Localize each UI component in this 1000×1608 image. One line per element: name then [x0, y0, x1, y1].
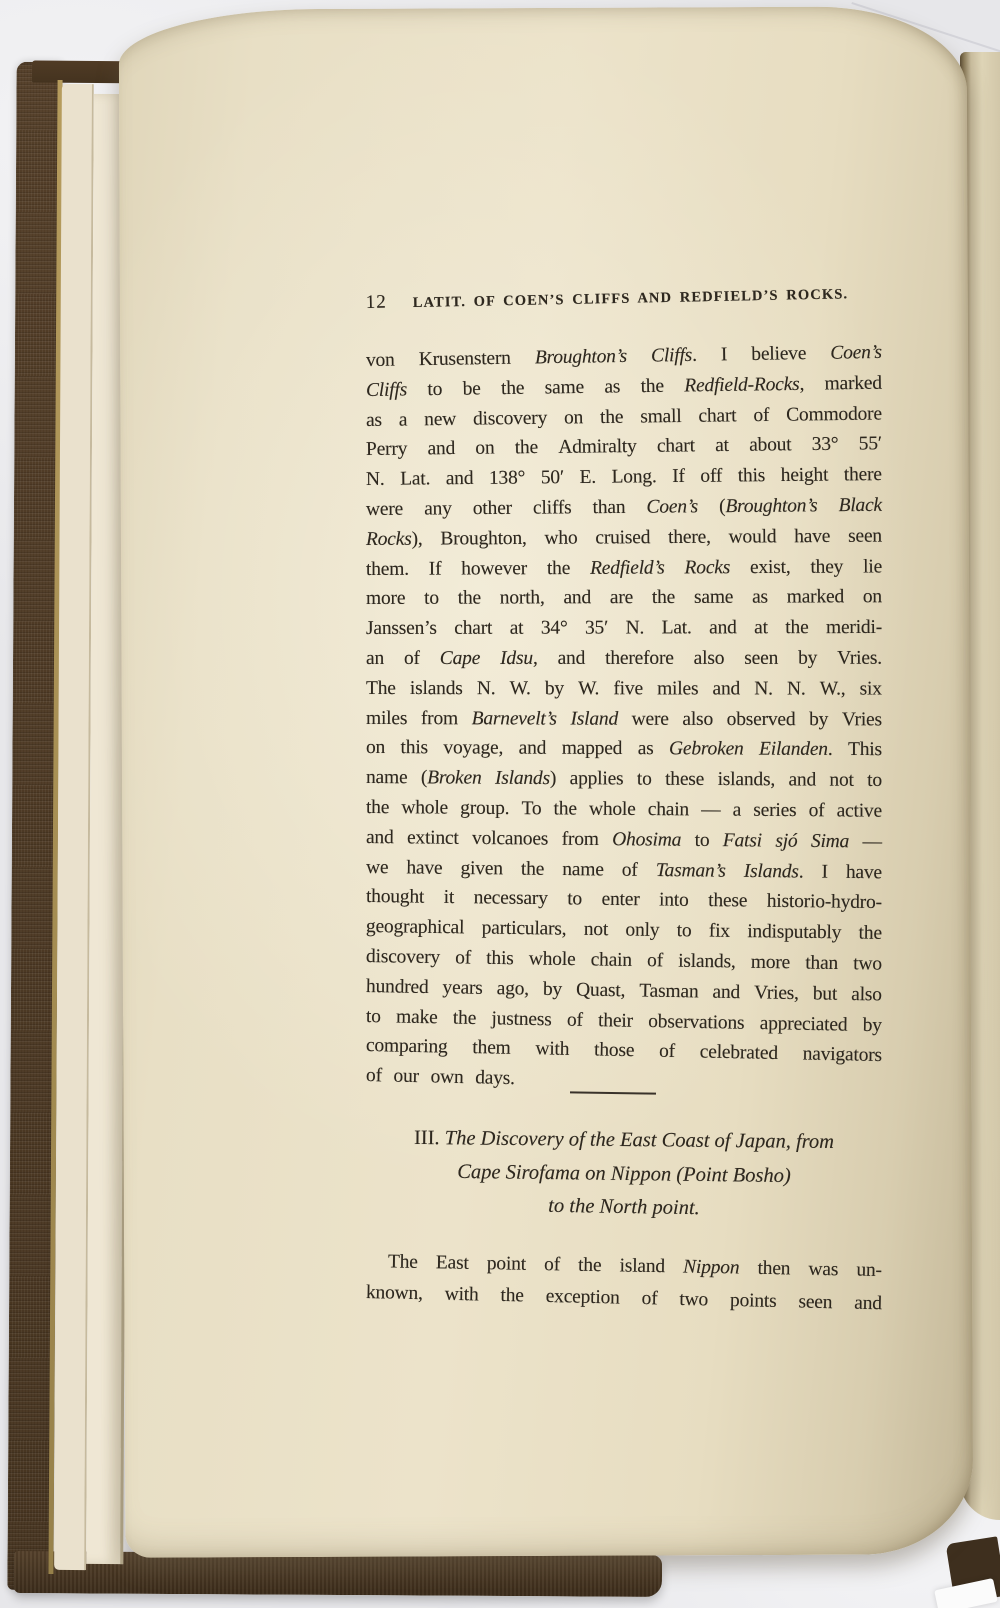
body-text-line: anofCapeIdsu,andthereforealsoseenbyVries…	[366, 644, 882, 674]
opening-paragraph: TheEastpointoftheislandNipponthenwasun-k…	[366, 1246, 882, 1308]
body-text-line: milesfromBarnevelt’sIslandwerealsoobserv…	[366, 704, 882, 735]
section-heading-line: III. The Discovery of the East Coast of …	[366, 1122, 882, 1160]
section-block: III. The Discovery of the East Coast of …	[366, 1124, 882, 1308]
body-text-line: N.Lat.and138°50′E.Long.Ifoffthisheightth…	[366, 460, 882, 495]
running-header: LATIT. OF COEN’S CLIFFS AND REDFIELD’S R…	[413, 286, 849, 312]
body-text-line: thewholegroup.Tothewholechain—aseriesofa…	[366, 793, 882, 827]
section-heading-line: to the North point.	[366, 1187, 882, 1229]
body-text-line: Janssen’schartat34°35′N.Lat.andatthemeri…	[366, 613, 882, 644]
body-text-line: onthisvoyage,andmappedasGebrokenEilanden…	[366, 733, 882, 765]
body-text-line: moretothenorth,andarethesameasmarkedon	[366, 583, 882, 615]
body-text-line: name(BrokenIslands)appliestotheseislands…	[366, 763, 882, 796]
paragraph-continuation: vonKrusensternBroughton’sCliffs.Ibelieve…	[366, 346, 882, 1091]
body-text-line: them.IfhowevertheRedfield’sRocksexist,th…	[366, 552, 882, 584]
section-heading: III. The Discovery of the East Coast of …	[366, 1124, 882, 1225]
body-text-line: andextinctvolcanoesfromOhosimatoFatsisjó…	[366, 823, 882, 857]
page-content: 12 LATIT. OF COEN’S CLIFFS AND REDFIELD’…	[366, 292, 882, 1091]
body-text-line: wereanyothercliffsthanCoen’s(Broughton’s…	[366, 491, 882, 525]
body-text-line: TheislandsN.W.byW.fivemilesandN.N.W.,six	[366, 674, 882, 704]
body-text-line: Rocks),Broughton,whocruisedthere,wouldha…	[366, 521, 882, 554]
page-number: 12	[366, 292, 387, 314]
photographed-book-scene: 12 LATIT. OF COEN’S CLIFFS AND REDFIELD’…	[0, 0, 1000, 1608]
